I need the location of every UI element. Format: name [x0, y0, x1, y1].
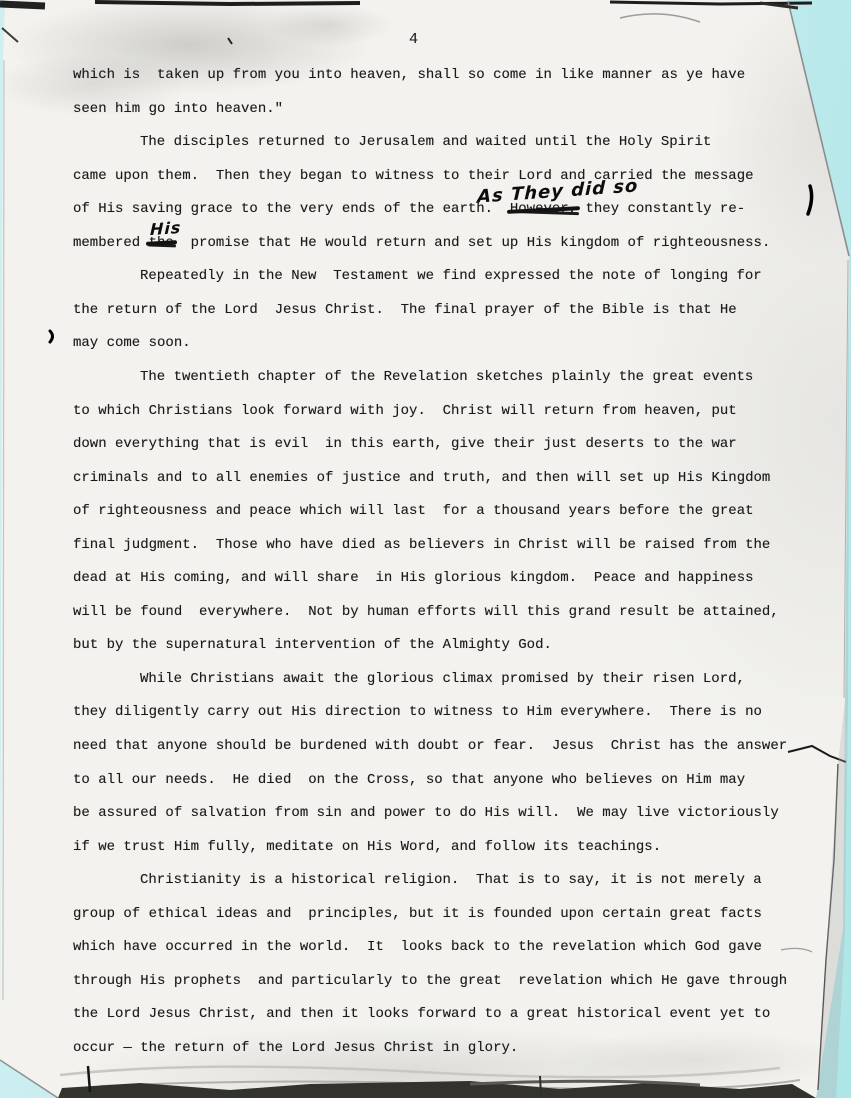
typed-line: Christianity is a historical religion. T…	[73, 872, 762, 888]
typed-text: may come soon.	[73, 335, 191, 351]
typed-line: final judgment. Those who have died as b…	[73, 537, 770, 553]
typed-text: Repeatedly in the New Testament we find …	[140, 268, 762, 284]
typed-line: to which Christians look forward with jo…	[73, 403, 737, 419]
typed-line: occur — the return of the Lord Jesus Chr…	[73, 1040, 518, 1056]
typed-line: through His prophets and particularly to…	[73, 973, 787, 989]
typed-text: through His prophets and particularly to…	[73, 973, 787, 989]
typed-line: which is taken up from you into heaven, …	[73, 67, 745, 83]
typed-line: of righteousness and peace which will la…	[73, 503, 754, 519]
typed-text: Christianity is a historical religion. T…	[140, 872, 762, 888]
typed-text: criminals and to all enemies of justice …	[73, 470, 770, 486]
typed-line: may come soon.	[73, 335, 191, 351]
typed-text: of His saving grace to the very ends of …	[73, 201, 510, 217]
typed-text: if we trust Him fully, meditate on His W…	[73, 839, 661, 855]
typed-text: the return of the Lord Jesus Christ. The…	[73, 302, 737, 318]
typed-text: they constantly re-	[577, 201, 745, 217]
typed-text: came upon them. Then they began to witne…	[73, 168, 754, 184]
typed-text: occur — the return of the Lord Jesus Chr…	[73, 1040, 518, 1056]
typed-text: group of ethical ideas and principles, b…	[73, 906, 762, 922]
typed-line: of His saving grace to the very ends of …	[73, 201, 745, 217]
typed-line: Repeatedly in the New Testament we find …	[73, 268, 762, 284]
typed-line: down everything that is evil in this ear…	[73, 436, 737, 452]
typed-line: will be found everywhere. Not by human e…	[73, 604, 779, 620]
typed-text: final judgment. Those who have died as b…	[73, 537, 770, 553]
typed-line: they diligently carry out His direction …	[73, 704, 762, 720]
typed-text: they diligently carry out His direction …	[73, 704, 762, 720]
typed-line: be assured of salvation from sin and pow…	[73, 805, 779, 821]
typed-text: dead at His coming, and will share in Hi…	[73, 570, 754, 586]
handwritten-correction-his: His	[150, 218, 182, 239]
scanned-typescript-page: 4 which is taken up from you into heaven…	[0, 0, 851, 1098]
typed-line: seen him go into heaven."	[73, 101, 283, 117]
typed-line: dead at His coming, and will share in Hi…	[73, 570, 754, 586]
typed-text: down everything that is evil in this ear…	[73, 436, 737, 452]
typed-line: to all our needs. He died on the Cross, …	[73, 772, 745, 788]
typed-text: While Christians await the glorious clim…	[140, 671, 745, 687]
typed-line: group of ethical ideas and principles, b…	[73, 906, 762, 922]
typed-line: the return of the Lord Jesus Christ. The…	[73, 302, 737, 318]
typed-text: The disciples returned to Jerusalem and …	[140, 134, 711, 150]
typed-text: but by the supernatural intervention of …	[73, 637, 552, 653]
typed-text: which have occurred in the world. It loo…	[73, 939, 762, 955]
typed-text: which is taken up from you into heaven, …	[73, 67, 745, 83]
typed-text: to which Christians look forward with jo…	[73, 403, 737, 419]
typed-line: While Christians await the glorious clim…	[73, 671, 745, 687]
typed-text: be assured of salvation from sin and pow…	[73, 805, 779, 821]
typed-line: The twentieth chapter of the Revelation …	[73, 369, 753, 385]
typed-text-block: which is taken up from you into heaven, …	[0, 0, 851, 1098]
typed-line: came upon them. Then they began to witne…	[73, 168, 754, 184]
typed-text: membered	[73, 235, 149, 251]
typed-text: promise that He would return and set up …	[174, 235, 771, 251]
typed-text: of righteousness and peace which will la…	[73, 503, 754, 519]
typed-line: but by the supernatural intervention of …	[73, 637, 552, 653]
typed-text: the Lord Jesus Christ, and then it looks…	[73, 1006, 770, 1022]
typed-line: if we trust Him fully, meditate on His W…	[73, 839, 661, 855]
typed-line: the Lord Jesus Christ, and then it looks…	[73, 1006, 770, 1022]
typed-text: seen him go into heaven."	[73, 101, 283, 117]
typed-text: need that anyone should be burdened with…	[73, 738, 787, 754]
typed-line: need that anyone should be burdened with…	[73, 738, 787, 754]
typed-line: The disciples returned to Jerusalem and …	[73, 134, 711, 150]
typed-line: criminals and to all enemies of justice …	[73, 470, 770, 486]
typed-text: to all our needs. He died on the Cross, …	[73, 772, 745, 788]
typed-text: The twentieth chapter of the Revelation …	[140, 369, 753, 385]
typed-text: will be found everywhere. Not by human e…	[73, 604, 779, 620]
typed-line: which have occurred in the world. It loo…	[73, 939, 762, 955]
